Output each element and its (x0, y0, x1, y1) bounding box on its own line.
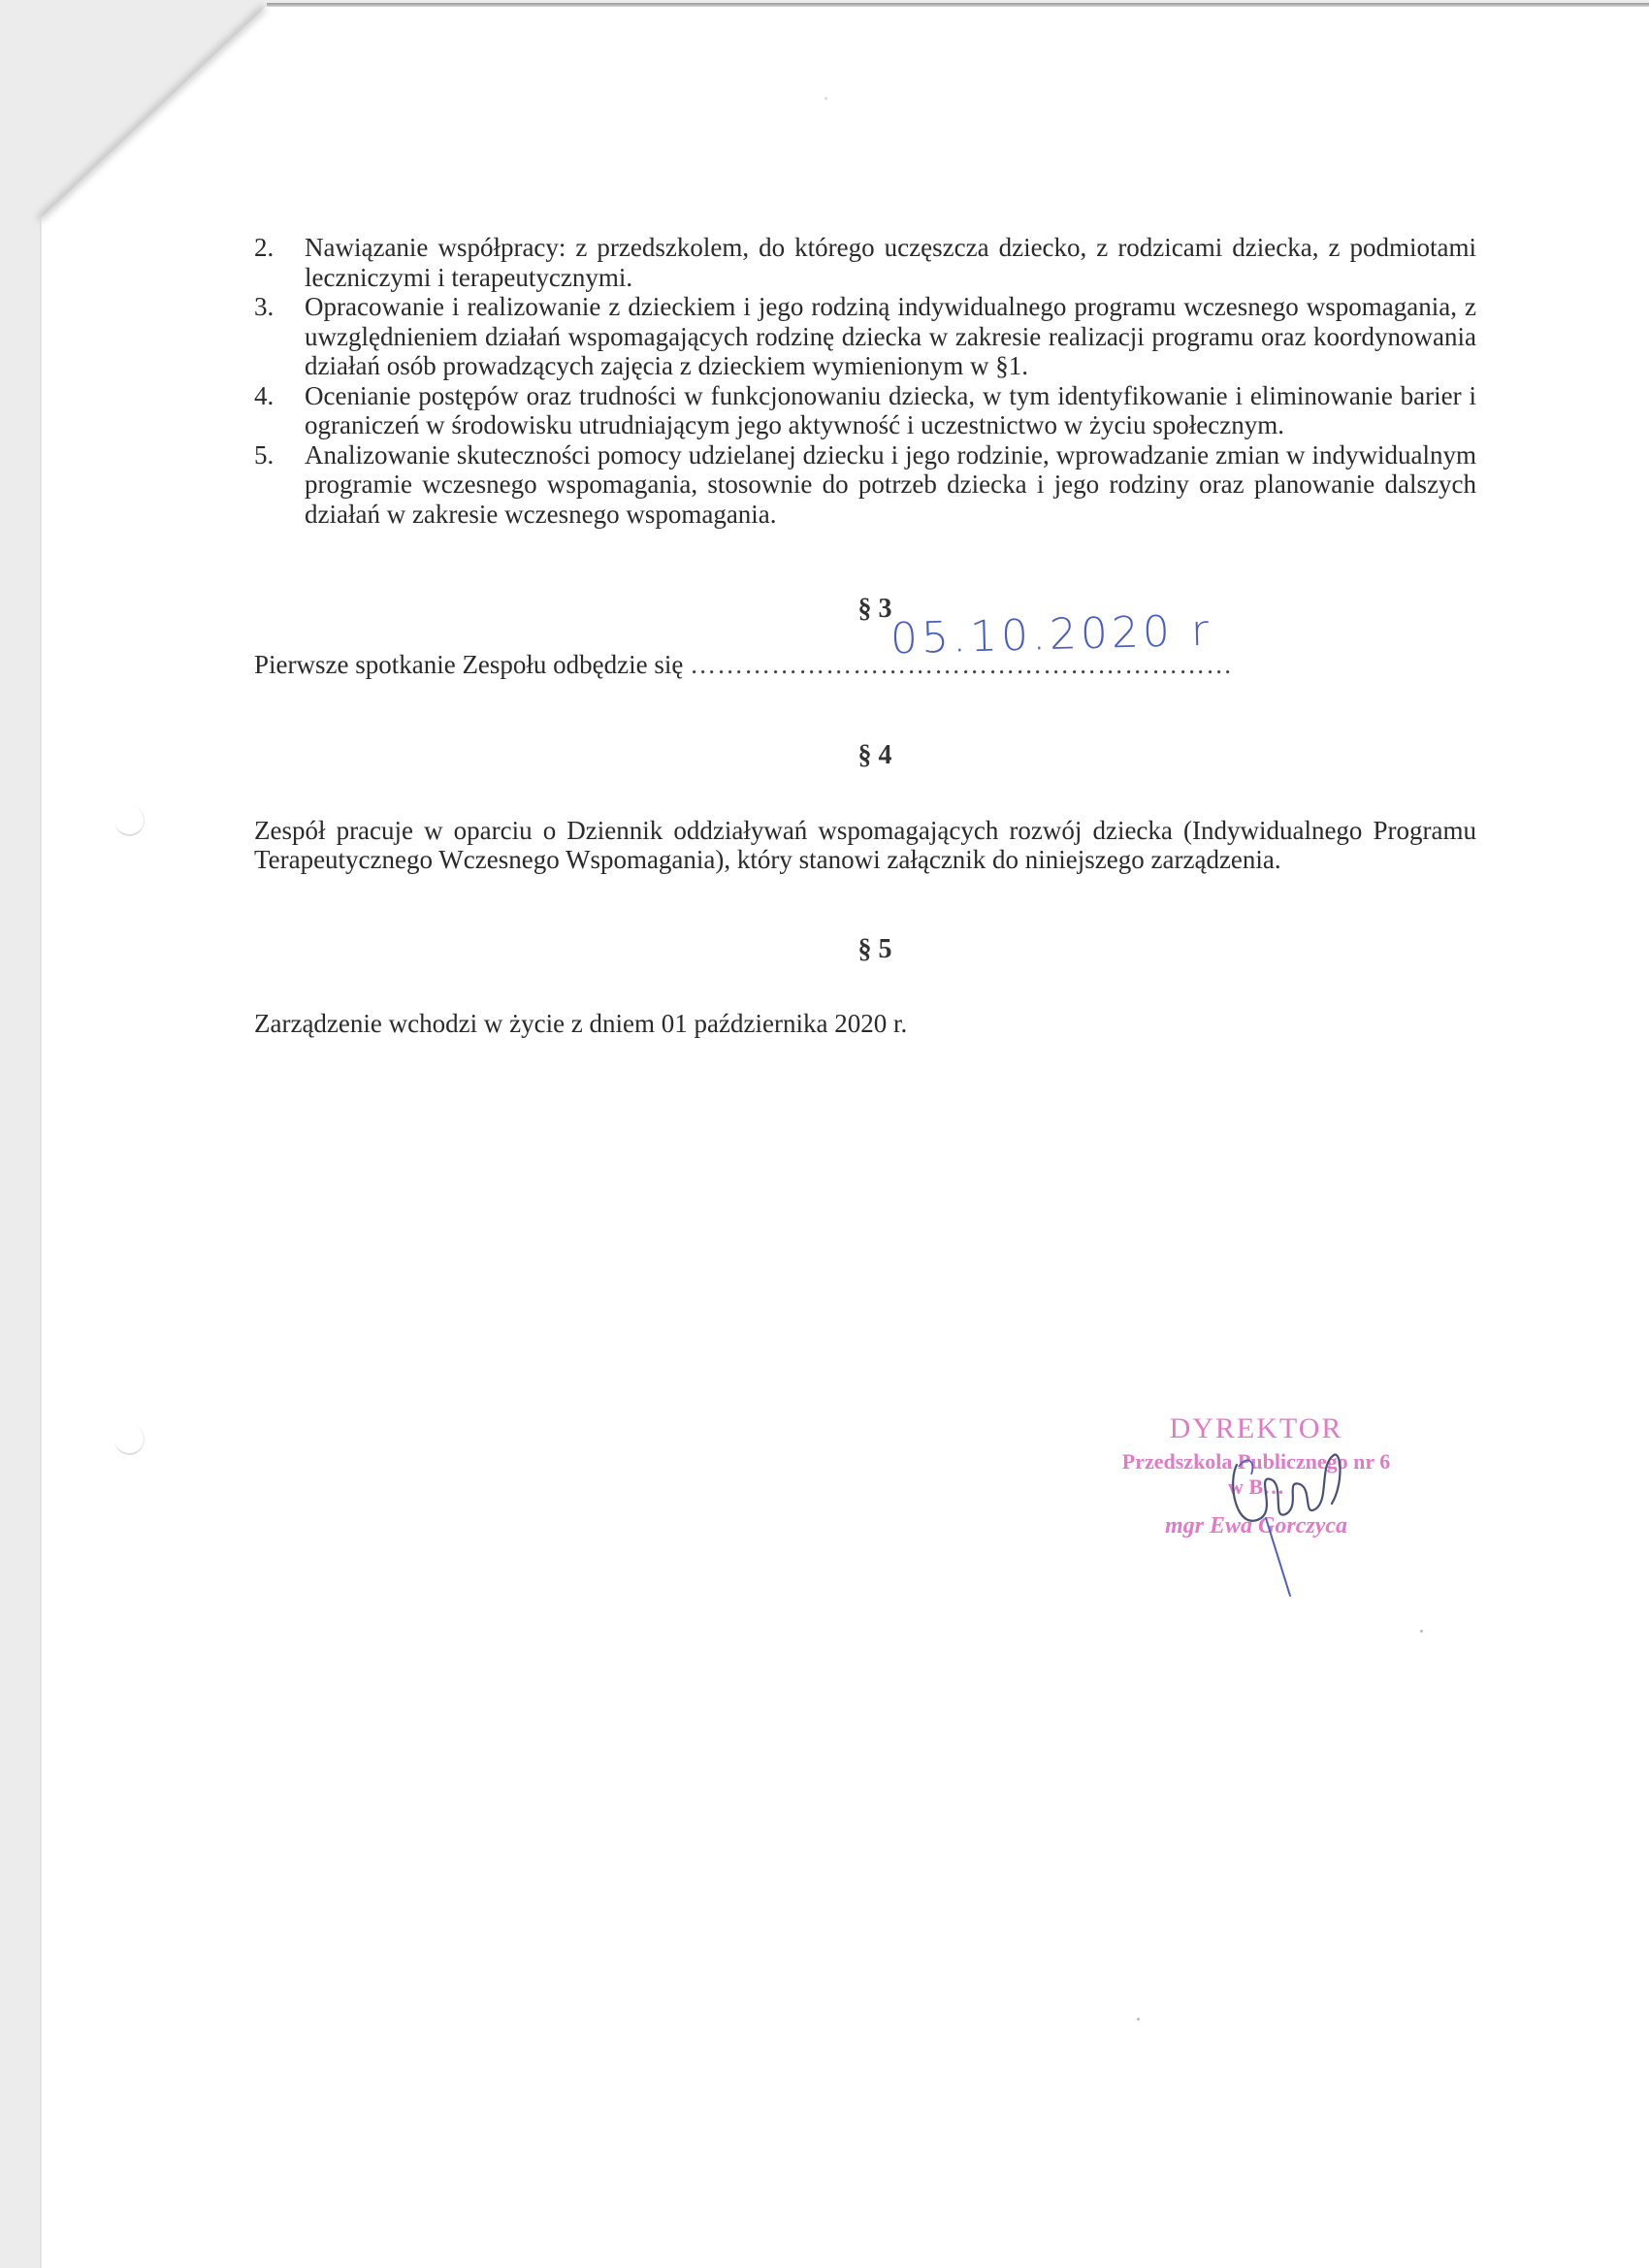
first-meeting-line: Pierwsze spotkanie Zespołu odbędzie się … (254, 650, 1476, 680)
list-item-text: Analizowanie skuteczności pomocy udziela… (305, 440, 1476, 529)
list-item: 3. Opracowanie i realizowanie z dzieckie… (254, 292, 1476, 381)
section-5-paragraph: Zarządzenie wchodzi w życie z dniem 01 p… (254, 1009, 1476, 1039)
numbered-list: 2. Nawiązanie współpracy: z przedszkolem… (254, 233, 1476, 529)
scan-speck (1137, 2018, 1140, 2021)
punch-hole-mark (114, 805, 145, 836)
punch-hole-mark (114, 1424, 145, 1455)
section-4-paragraph: Zespół pracuje w oparciu o Dziennik oddz… (254, 816, 1476, 875)
section-5-heading: § 5 (274, 935, 1476, 965)
list-item: 5. Analizowanie skuteczności pomocy udzi… (254, 440, 1476, 530)
scan-speck (824, 97, 827, 100)
signature-icon (1217, 1426, 1353, 1601)
first-meeting-text: Pierwsze spotkanie Zespołu odbędzie się (254, 650, 683, 679)
scan-speck (1420, 1630, 1423, 1633)
list-item-text: Opracowanie i realizowanie z dzieckiem i… (305, 292, 1476, 380)
list-item-number: 2. (254, 233, 274, 263)
document-body: 2. Nawiązanie współpracy: z przedszkolem… (254, 233, 1476, 1039)
list-item-number: 4. (254, 381, 274, 411)
list-item: 4. Ocenianie postępów oraz trudności w f… (254, 381, 1476, 440)
handwritten-date: 05.10.2020 r (890, 616, 1213, 654)
list-item-number: 5. (254, 440, 274, 470)
list-item-text: Nawiązanie współpracy: z przedszkolem, d… (305, 233, 1476, 292)
section-3-heading: § 3 (274, 595, 1476, 625)
section-4-heading: § 4 (274, 741, 1476, 771)
list-item: 2. Nawiązanie współpracy: z przedszkolem… (254, 233, 1476, 292)
page-top-edge (267, 3, 1649, 7)
list-item-number: 3. (254, 292, 274, 322)
list-item-text: Ocenianie postępów oraz trudności w funk… (305, 381, 1476, 440)
